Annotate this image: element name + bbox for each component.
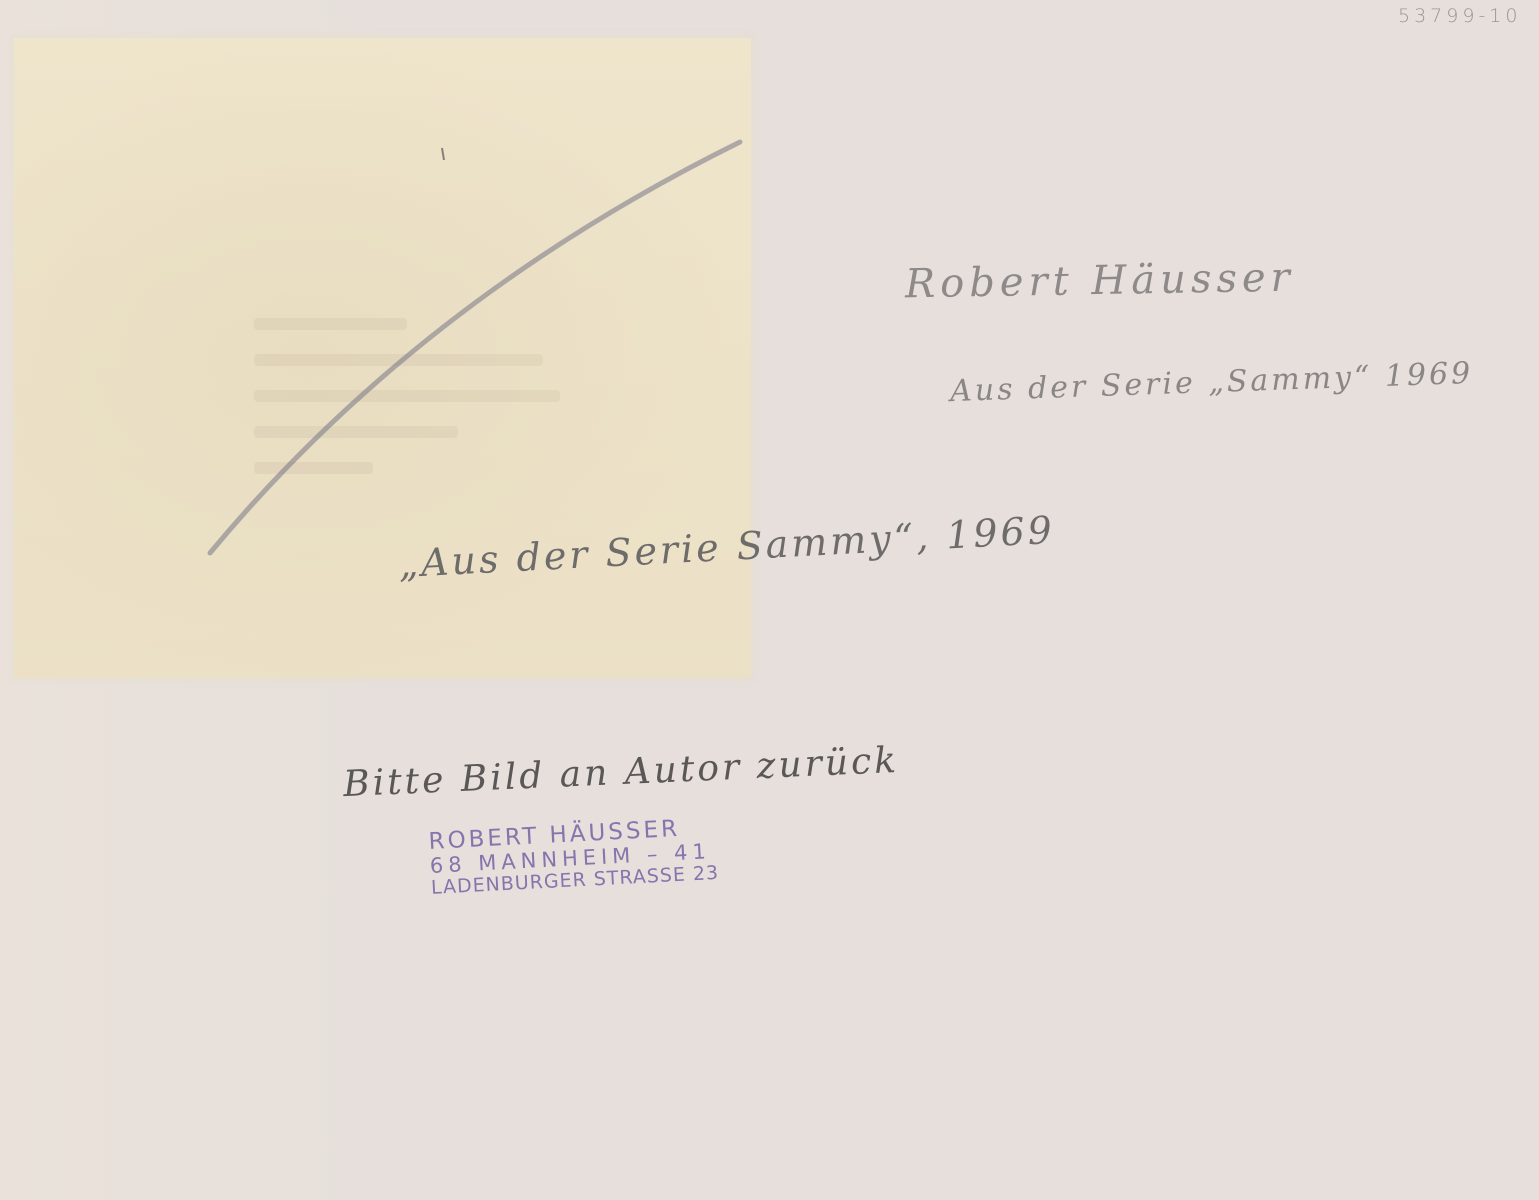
author-signature: Robert Häusser xyxy=(905,255,1295,308)
catalog-number: 53799-10 xyxy=(1398,5,1521,27)
series-caption-right: Aus der Serie „Sammy“ 1969 xyxy=(950,356,1474,409)
photo-verso-sheet: 53799-10 Robert Häusser Aus der Serie „S… xyxy=(0,0,1539,1200)
yellowed-adhesive-area xyxy=(14,38,751,678)
return-request-note: Bitte Bild an Autor zurück xyxy=(342,740,899,805)
bleed-through-text xyxy=(254,318,594,518)
address-stamp: ROBERT HÄUSSER 68 MANNHEIM – 41 LADENBUR… xyxy=(428,815,720,898)
